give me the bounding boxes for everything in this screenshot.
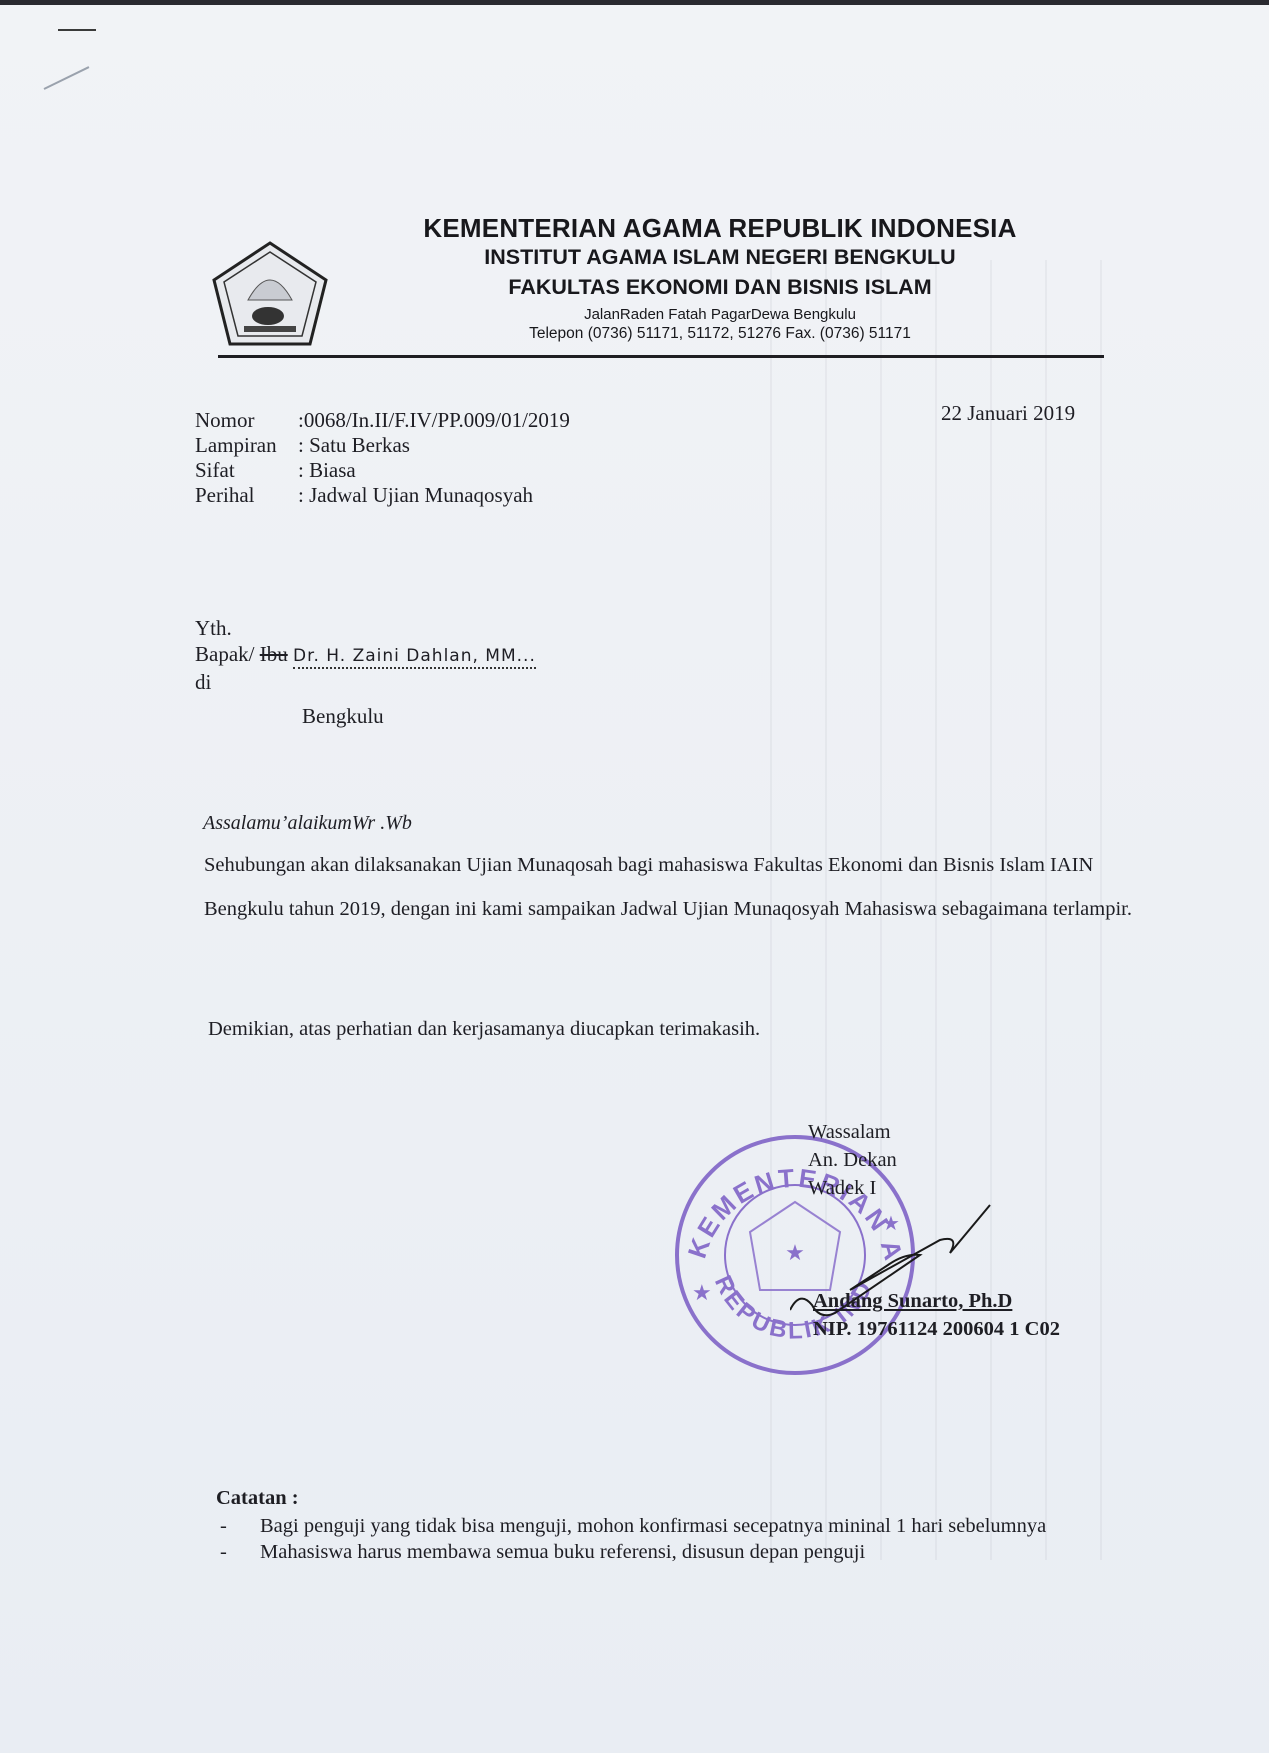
meta-value: : Satu Berkas (298, 433, 410, 458)
signer-details: Andang Sunarto, Ph.D NIP. 19761124 20060… (813, 1287, 1060, 1343)
closing-sentence: Demikian, atas perhatian dan kerjasamany… (208, 1018, 760, 1041)
recipient-salutation: Bapak/ Ibu Dr. H. Zaini Dahlan, MM... (195, 641, 536, 669)
meta-row-perihal: Perihal : Jadwal Ujian Munaqosyah (195, 483, 570, 508)
letterhead-ministry: KEMENTERIAN AGAMA REPUBLIK INDONESIA (330, 213, 1110, 244)
meta-label: Nomor (195, 408, 298, 433)
meta-row-lampiran: Lampiran : Satu Berkas (195, 433, 570, 458)
on-behalf: An. Dekan (808, 1146, 897, 1174)
letter-date: 22 Januari 2019 (941, 401, 1075, 426)
recipient-city: Bengkulu (302, 703, 536, 729)
meta-label: Sifat (195, 458, 298, 483)
note-text: Bagi penguji yang tidak bisa menguji, mo… (260, 1514, 1046, 1538)
bullet-dash: - (216, 1514, 260, 1538)
letterhead-contact: Telepon (0736) 51171, 51172, 51276 Fax. … (330, 325, 1110, 343)
meta-row-nomor: Nomor :0068/In.II/F.IV/PP.009/01/2019 (195, 408, 570, 433)
meta-label: Perihal (195, 483, 298, 508)
scan-mark (58, 29, 96, 31)
note-text: Mahasiswa harus membawa semua buku refer… (260, 1540, 865, 1564)
meta-value: : Biasa (298, 458, 356, 483)
letter-meta: Nomor :0068/In.II/F.IV/PP.009/01/2019 La… (195, 408, 570, 508)
meta-value: : Jadwal Ujian Munaqosyah (298, 483, 533, 508)
notes-title: Catatan : (216, 1486, 1152, 1510)
note-item: - Bagi penguji yang tidak bisa menguji, … (216, 1514, 1152, 1538)
salutation-prefix: Bapak/ (195, 642, 260, 666)
letterhead-address: JalanRaden Fatah PagarDewa Bengkulu (330, 306, 1110, 323)
letterhead-divider (218, 355, 1104, 358)
meta-label: Lampiran (195, 433, 298, 458)
signer-nip: NIP. 19761124 200604 1 C02 (813, 1315, 1060, 1343)
letter-body: Sehubungan akan dilaksanakan Ujian Munaq… (204, 843, 1134, 931)
scan-edge (0, 0, 1269, 5)
salutation-struck: Ibu (260, 642, 288, 666)
bullet-dash: - (216, 1540, 260, 1564)
letterhead-faculty: FAKULTAS EKONOMI DAN BISNIS ISLAM (330, 275, 1110, 300)
signer-name: Andang Sunarto, Ph.D (813, 1287, 1060, 1315)
letterhead-institute: INSTITUT AGAMA ISLAM NEGERI BENGKULU (330, 245, 1110, 270)
recipient-at: di (195, 669, 536, 695)
opening-greeting: Assalamu’alaikumWr .Wb (203, 812, 412, 835)
handwritten-recipient-name: Dr. H. Zaini Dahlan, MM... (293, 646, 536, 669)
notes-section: Catatan : - Bagi penguji yang tidak bisa… (216, 1486, 1152, 1564)
meta-row-sifat: Sifat : Biasa (195, 458, 570, 483)
valediction: Wassalam (808, 1118, 897, 1146)
iain-bengkulu-emblem-icon (210, 240, 330, 348)
note-item: - Mahasiswa harus membawa semua buku ref… (216, 1540, 1152, 1564)
meta-value: :0068/In.II/F.IV/PP.009/01/2019 (298, 408, 570, 433)
signature-block: Wassalam An. Dekan Wadek I (808, 1118, 897, 1202)
recipient-block: Yth. Bapak/ Ibu Dr. H. Zaini Dahlan, MM.… (195, 615, 536, 729)
svg-text:★: ★ (692, 1280, 712, 1305)
recipient-greeting: Yth. (195, 615, 536, 641)
